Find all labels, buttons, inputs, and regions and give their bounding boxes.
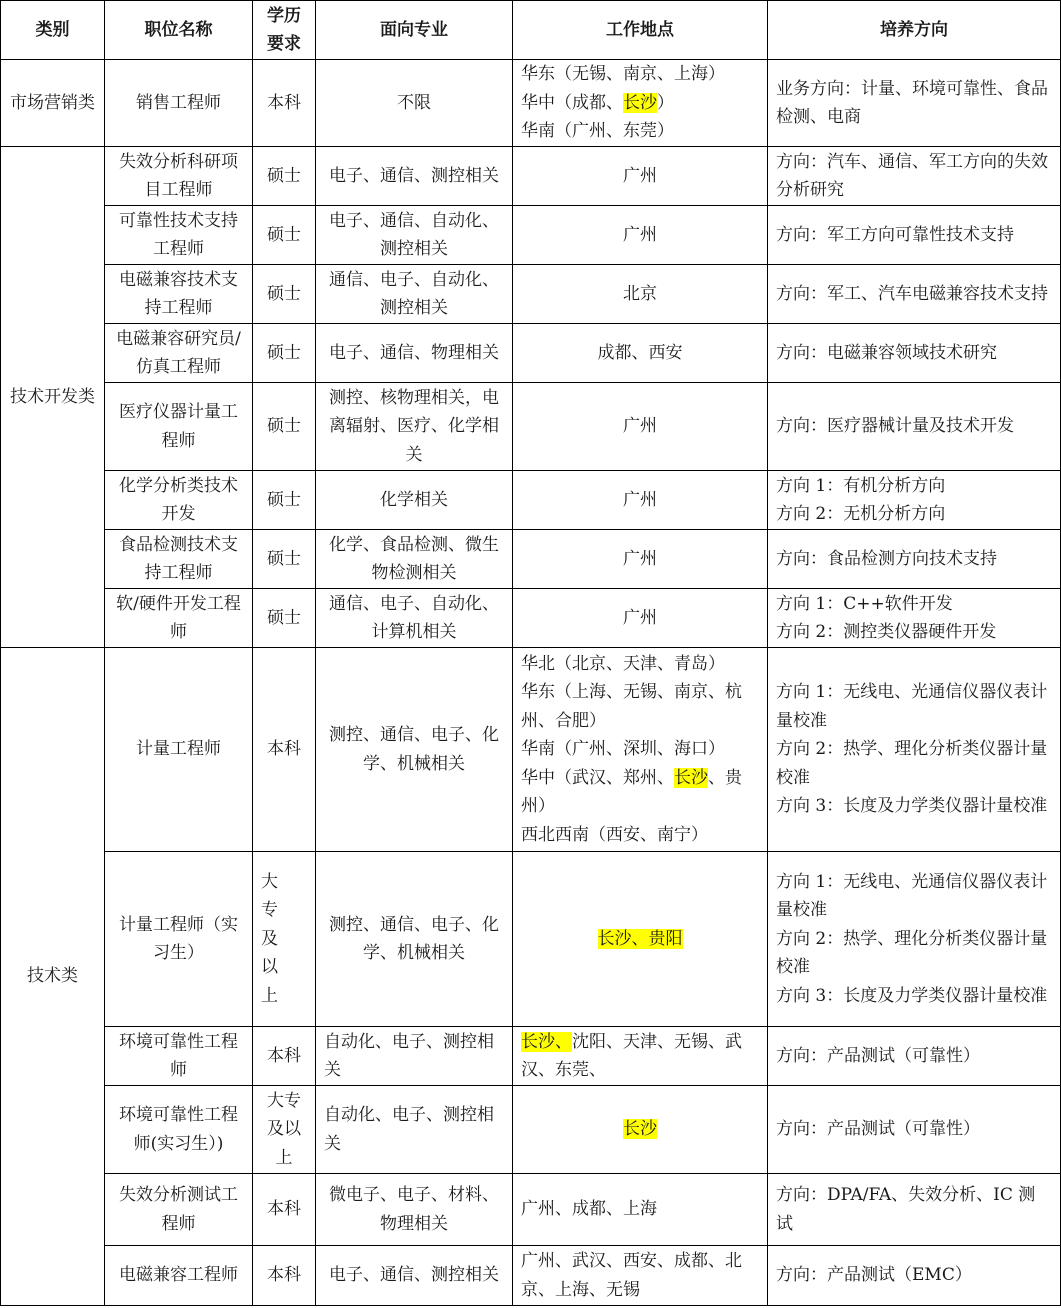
location-cell: 成都、西安	[513, 324, 768, 383]
majors-cell: 电子、通信、测控相关	[316, 147, 513, 206]
majors-cell: 通信、电子、自动化、计算机相关	[316, 589, 513, 648]
location-cell: 华东（无锡、南京、上海） 华中（成都、长沙） 华南（广州、东莞）	[513, 60, 768, 147]
position-cell: 环境可靠性工程师	[105, 1027, 253, 1086]
education-cell: 本科	[253, 1027, 316, 1086]
majors-cell: 自动化、电子、测控相关	[316, 1027, 513, 1086]
majors-cell: 自动化、电子、测控相关	[316, 1086, 513, 1174]
education-cell: 本科	[253, 1246, 316, 1306]
majors-cell: 微电子、电子、材料、物理相关	[316, 1174, 513, 1246]
education-cell: 硕士	[253, 383, 316, 471]
location-cell: 广州	[513, 206, 768, 265]
table-row: 化学分析类技术开发 硕士 化学相关 广州 方向 1：有机分析方向 方向 2：无机…	[1, 471, 1061, 530]
direction-cell: 方向：军工、汽车电磁兼容技术支持	[768, 265, 1061, 324]
table-row: 电磁兼容技术支持工程师 硕士 通信、电子、自动化、测控相关 北京 方向：军工、汽…	[1, 265, 1061, 324]
direction-cell: 方向：医疗器械计量及技术开发	[768, 383, 1061, 471]
position-cell: 化学分析类技术开发	[105, 471, 253, 530]
direction-line: 方向 2：测控类仪器硬件开发	[776, 618, 1052, 647]
direction-line: 方向 2：热学、理化分析类仪器计量校准	[776, 735, 1052, 792]
direction-cell: 方向：DPA/FA、失效分析、IC 测试	[768, 1174, 1061, 1246]
table-header-row: 类别 职位名称 学历要求 面向专业 工作地点 培养方向	[1, 1, 1061, 60]
table-row: 市场营销类 销售工程师 本科 不限 华东（无锡、南京、上海） 华中（成都、长沙）…	[1, 60, 1061, 147]
direction-cell: 方向：军工方向可靠性技术支持	[768, 206, 1061, 265]
location-line: 华北（北京、天津、青岛）	[521, 650, 759, 679]
header-majors: 面向专业	[316, 1, 513, 60]
position-cell: 软/硬件开发工程师	[105, 589, 253, 648]
location-cell: 广州、成都、上海	[513, 1174, 768, 1246]
direction-line: 方向 3：长度及力学类仪器计量校准	[776, 982, 1052, 1011]
direction-cell: 方向：产品测试（可靠性）	[768, 1086, 1061, 1174]
direction-line: 方向 3：长度及力学类仪器计量校准	[776, 792, 1052, 821]
position-cell: 医疗仪器计量工程师	[105, 383, 253, 471]
direction-cell: 方向：汽车、通信、军工方向的失效分析研究	[768, 147, 1061, 206]
majors-cell: 通信、电子、自动化、测控相关	[316, 265, 513, 324]
job-positions-table: 类别 职位名称 学历要求 面向专业 工作地点 培养方向 市场营销类 销售工程师 …	[0, 0, 1061, 1306]
table-row: 食品检测技术支持工程师 硕士 化学、食品检测、微生物检测相关 广州 方向：食品检…	[1, 530, 1061, 589]
majors-cell: 化学、食品检测、微生物检测相关	[316, 530, 513, 589]
location-line: 华南（广州、东莞）	[521, 117, 759, 146]
location-cell: 广州	[513, 471, 768, 530]
highlighted-city: 长沙	[623, 1119, 657, 1139]
highlighted-city: 长沙、	[521, 1032, 572, 1052]
direction-line: 方向 1：无线电、光通信仪器仪表计量校准	[776, 868, 1052, 925]
position-cell: 失效分析测试工程师	[105, 1174, 253, 1246]
education-cell: 本科	[253, 1174, 316, 1246]
highlighted-city: 长沙	[623, 93, 657, 113]
location-cell: 广州	[513, 383, 768, 471]
position-cell: 电磁兼容研究员/仿真工程师	[105, 324, 253, 383]
header-education: 学历要求	[253, 1, 316, 60]
location-cell: 长沙、贵阳	[513, 852, 768, 1027]
direction-line: 方向 2：无机分析方向	[776, 500, 1052, 529]
location-cell: 广州	[513, 589, 768, 648]
education-cell: 硕士	[253, 206, 316, 265]
majors-cell: 测控、核物理相关，电离辐射、医疗、化学相关	[316, 383, 513, 471]
location-cell: 广州	[513, 530, 768, 589]
highlighted-city: 长沙、贵阳	[598, 929, 683, 949]
table-row: 电磁兼容研究员/仿真工程师 硕士 电子、通信、物理相关 成都、西安 方向：电磁兼…	[1, 324, 1061, 383]
table-row: 环境可靠性工程师 本科 自动化、电子、测控相关 长沙、沈阳、天津、无锡、武汉、东…	[1, 1027, 1061, 1086]
location-line: 华中（成都、长沙）	[521, 89, 759, 118]
table-row: 计量工程师（实习生） 大专及以上 测控、通信、电子、化学、机械相关 长沙、贵阳 …	[1, 852, 1061, 1027]
location-line: 华南（广州、深圳、海口）	[521, 735, 759, 764]
position-cell: 销售工程师	[105, 60, 253, 147]
majors-cell: 电子、通信、自动化、测控相关	[316, 206, 513, 265]
location-cell: 长沙	[513, 1086, 768, 1174]
category-cell: 技术类	[1, 648, 105, 1306]
majors-cell: 化学相关	[316, 471, 513, 530]
category-cell: 技术开发类	[1, 147, 105, 648]
location-cell: 广州	[513, 147, 768, 206]
direction-cell: 方向 1：C++软件开发 方向 2：测控类仪器硬件开发	[768, 589, 1061, 648]
location-cell: 广州、武汉、西安、成都、北京、上海、无锡	[513, 1246, 768, 1306]
location-line: 华东（无锡、南京、上海）	[521, 60, 759, 89]
position-cell: 计量工程师（实习生）	[105, 852, 253, 1027]
education-cell: 硕士	[253, 324, 316, 383]
education-cell: 大专及以上	[253, 1086, 316, 1174]
education-cell: 大专及以上	[253, 852, 316, 1027]
direction-cell: 方向 1：有机分析方向 方向 2：无机分析方向	[768, 471, 1061, 530]
direction-line: 方向 1：有机分析方向	[776, 472, 1052, 501]
direction-line: 方向 1：无线电、光通信仪器仪表计量校准	[776, 678, 1052, 735]
position-cell: 电磁兼容工程师	[105, 1246, 253, 1306]
direction-line: 方向 1：C++软件开发	[776, 590, 1052, 619]
table-row: 可靠性技术支持工程师 硕士 电子、通信、自动化、测控相关 广州 方向：军工方向可…	[1, 206, 1061, 265]
position-cell: 电磁兼容技术支持工程师	[105, 265, 253, 324]
education-cell: 硕士	[253, 265, 316, 324]
location-cell: 华北（北京、天津、青岛） 华东（上海、无锡、南京、杭州、合肥） 华南（广州、深圳…	[513, 648, 768, 852]
education-cell: 本科	[253, 648, 316, 852]
education-cell: 硕士	[253, 147, 316, 206]
direction-cell: 方向：电磁兼容领域技术研究	[768, 324, 1061, 383]
table-row: 软/硬件开发工程师 硕士 通信、电子、自动化、计算机相关 广州 方向 1：C++…	[1, 589, 1061, 648]
position-cell: 环境可靠性工程师(实习生）)	[105, 1086, 253, 1174]
location-text: 华中（武汉、郑州、	[521, 768, 674, 788]
header-location: 工作地点	[513, 1, 768, 60]
position-cell: 可靠性技术支持工程师	[105, 206, 253, 265]
majors-cell: 电子、通信、测控相关	[316, 1246, 513, 1306]
direction-cell: 业务方向：计量、环境可靠性、食品检测、电商	[768, 60, 1061, 147]
table-row: 环境可靠性工程师(实习生）) 大专及以上 自动化、电子、测控相关 长沙 方向：产…	[1, 1086, 1061, 1174]
table-row: 技术开发类 失效分析科研项目工程师 硕士 电子、通信、测控相关 广州 方向：汽车…	[1, 147, 1061, 206]
education-cell: 硕士	[253, 471, 316, 530]
majors-cell: 测控、通信、电子、化学、机械相关	[316, 852, 513, 1027]
direction-cell: 方向：食品检测方向技术支持	[768, 530, 1061, 589]
header-position: 职位名称	[105, 1, 253, 60]
category-cell: 市场营销类	[1, 60, 105, 147]
location-line: 华东（上海、无锡、南京、杭州、合肥）	[521, 678, 759, 735]
education-cell: 硕士	[253, 530, 316, 589]
location-line: 华中（武汉、郑州、长沙、贵州）	[521, 764, 759, 821]
education-cell: 本科	[253, 60, 316, 147]
location-text: 华中（成都、	[521, 93, 623, 113]
header-direction: 培养方向	[768, 1, 1061, 60]
majors-cell: 不限	[316, 60, 513, 147]
position-cell: 失效分析科研项目工程师	[105, 147, 253, 206]
location-line: 西北西南（西安、南宁）	[521, 821, 759, 850]
table-row: 电磁兼容工程师 本科 电子、通信、测控相关 广州、武汉、西安、成都、北京、上海、…	[1, 1246, 1061, 1306]
direction-cell: 方向 1：无线电、光通信仪器仪表计量校准 方向 2：热学、理化分析类仪器计量校准…	[768, 852, 1061, 1027]
direction-cell: 方向：产品测试（可靠性）	[768, 1027, 1061, 1086]
direction-cell: 方向 1：无线电、光通信仪器仪表计量校准 方向 2：热学、理化分析类仪器计量校准…	[768, 648, 1061, 852]
direction-line: 方向 2：热学、理化分析类仪器计量校准	[776, 925, 1052, 982]
location-text: ）	[657, 93, 674, 113]
location-cell: 北京	[513, 265, 768, 324]
education-cell: 硕士	[253, 589, 316, 648]
location-cell: 长沙、沈阳、天津、无锡、武汉、东莞、	[513, 1027, 768, 1086]
table-row: 技术类 计量工程师 本科 测控、通信、电子、化学、机械相关 华北（北京、天津、青…	[1, 648, 1061, 852]
position-cell: 计量工程师	[105, 648, 253, 852]
majors-cell: 电子、通信、物理相关	[316, 324, 513, 383]
position-cell: 食品检测技术支持工程师	[105, 530, 253, 589]
table-row: 医疗仪器计量工程师 硕士 测控、核物理相关，电离辐射、医疗、化学相关 广州 方向…	[1, 383, 1061, 471]
highlighted-city: 长沙	[674, 768, 708, 788]
direction-cell: 方向：产品测试（EMC）	[768, 1246, 1061, 1306]
table-row: 失效分析测试工程师 本科 微电子、电子、材料、物理相关 广州、成都、上海 方向：…	[1, 1174, 1061, 1246]
majors-cell: 测控、通信、电子、化学、机械相关	[316, 648, 513, 852]
header-category: 类别	[1, 1, 105, 60]
